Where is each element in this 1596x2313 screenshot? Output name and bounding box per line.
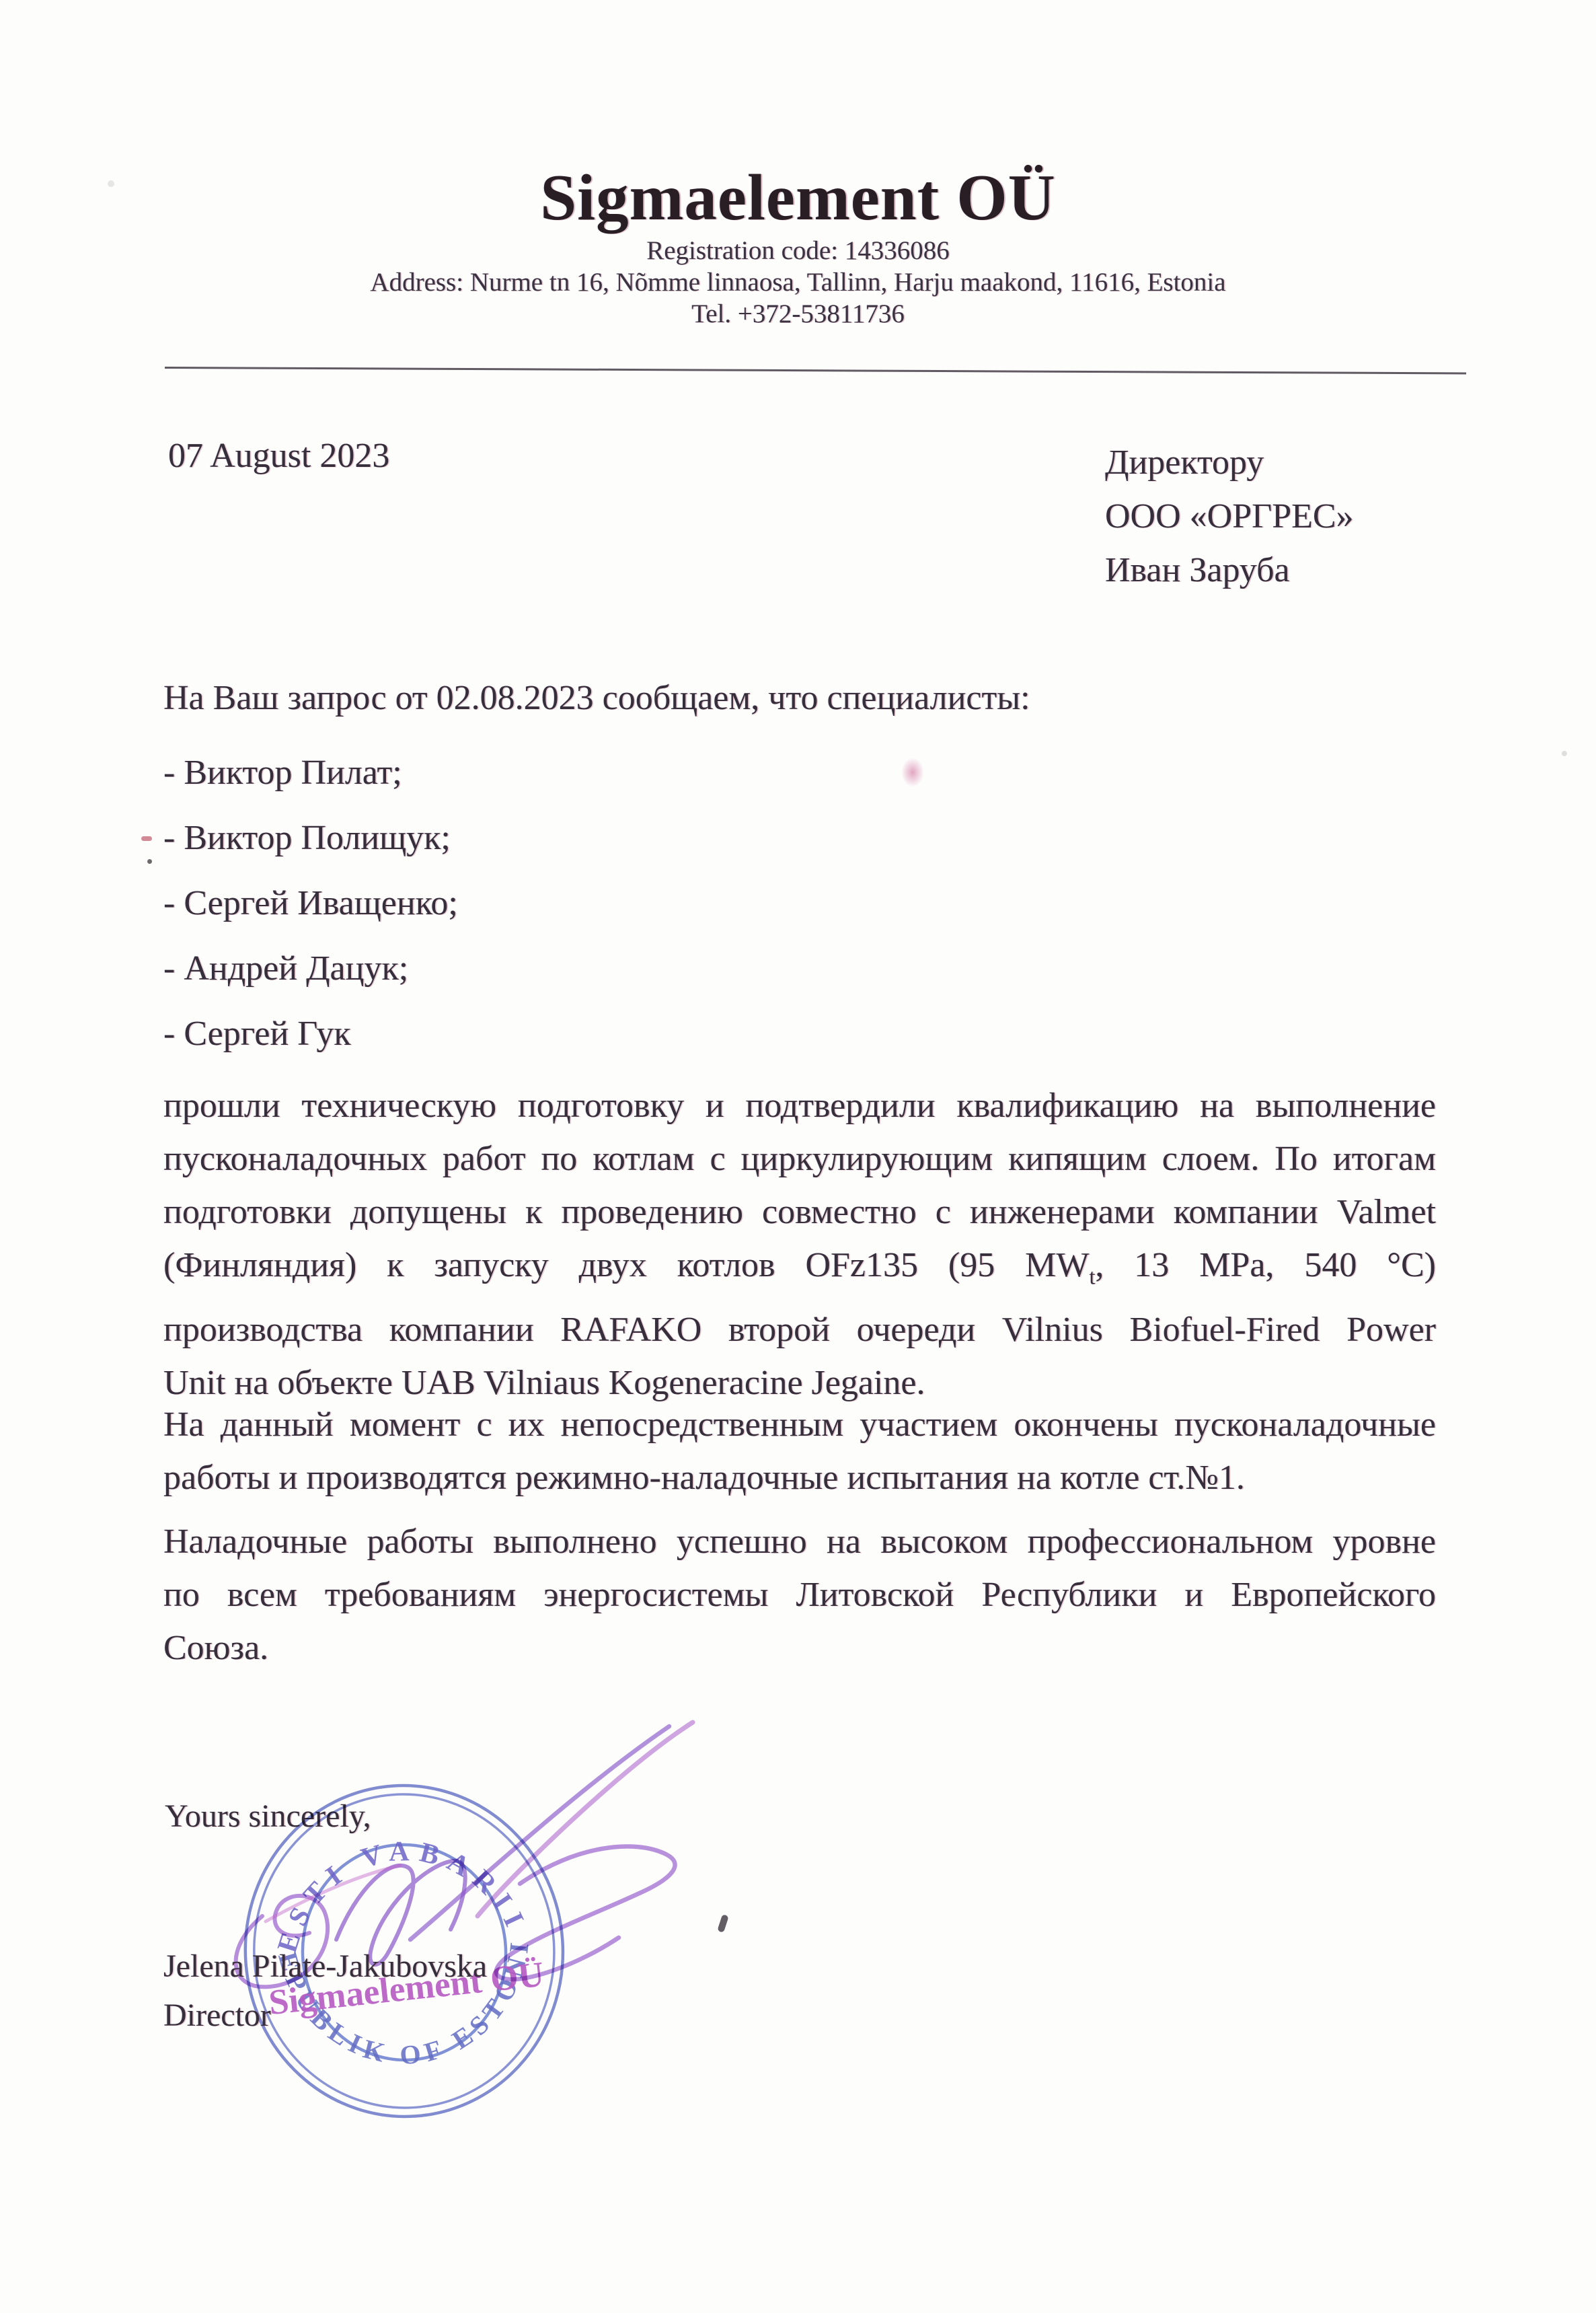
recipient-block: Директору ООО «ОРГРЕС» Иван Заруба [1105, 436, 1354, 597]
paragraph-training: прошли техническую подготовку и подтверд… [163, 1079, 1436, 1409]
recipient-person: Иван Заруба [1105, 544, 1354, 597]
boiler-specs-text: , 13 MPa, 540 °C) [1095, 1246, 1436, 1284]
paragraph-current-status: На данный момент с их непосредственным у… [163, 1398, 1436, 1504]
scan-speck [108, 180, 114, 187]
registration-line: Registration code: 14336086 [0, 235, 1596, 266]
paragraph-line: по всем требованиям энергосистемы Литовс… [163, 1568, 1436, 1621]
specialist-item: - Виктор Пилат; [163, 740, 458, 805]
specialist-item: - Сергей Иващенко; [163, 871, 458, 936]
paragraph-line: производства компании RAFAKO второй очер… [163, 1303, 1436, 1356]
recipient-company: ООО «ОРГРЕС» [1105, 490, 1354, 544]
scan-speck [141, 836, 152, 841]
letter-date: 07 August 2023 [168, 436, 389, 476]
specialist-item: - Сергей Гук [163, 1001, 458, 1066]
paragraph-line: подготовки допущены к проведению совмест… [163, 1185, 1436, 1239]
paragraph-line: работы и производятся режимно-наладочные… [163, 1451, 1436, 1504]
recipient-position: Директору [1105, 436, 1354, 490]
address-line: Address: Nurme tn 16, Nõmme linnaosa, Ta… [0, 266, 1596, 298]
specialist-item: - Андрей Дацук; [163, 936, 458, 1001]
signer-title: Director [163, 1997, 271, 2034]
scan-speck [717, 1914, 729, 1933]
signature-diagonal [410, 1726, 669, 1940]
specialists-list: - Виктор Пилат; - Виктор Полищук; - Серг… [163, 740, 458, 1066]
paragraph-line: На данный момент с их непосредственным у… [163, 1398, 1436, 1451]
paragraph-quality: Наладочные работы выполнено успешно на в… [163, 1515, 1436, 1675]
paragraph-line: Союза. [163, 1621, 1436, 1675]
company-name: Sigmaelement OÜ [0, 160, 1596, 235]
letter-page: Sigmaelement OÜ Registration code: 14336… [0, 0, 1596, 2313]
specialist-item: - Виктор Полищук; [163, 805, 458, 871]
paragraph-line: прошли техническую подготовку и подтверд… [163, 1079, 1436, 1132]
signer-name: Jelena Pilate-Jakubovska [163, 1948, 487, 1985]
signature-stroke [478, 1722, 693, 1916]
letterhead: Sigmaelement OÜ Registration code: 14336… [0, 160, 1596, 330]
tel-line: Tel. +372-53811736 [0, 298, 1596, 330]
intro-line: На Ваш запрос от 02.08.2023 сообщаем, чт… [163, 678, 1030, 718]
scan-speck [147, 859, 152, 864]
boiler-specs-text: (Финляндия) к запуску двух котлов OFz135… [163, 1246, 1089, 1284]
paragraph-line-boiler-specs: (Финляндия) к запуску двух котлов OFz135… [163, 1239, 1436, 1303]
paragraph-line: Наладочные работы выполнено успешно на в… [163, 1515, 1436, 1568]
header-divider [165, 367, 1466, 374]
paragraph-line: пусконаладочных работ по котлам с циркул… [163, 1132, 1436, 1185]
scan-speck [1562, 751, 1567, 756]
scan-speck [901, 758, 924, 787]
